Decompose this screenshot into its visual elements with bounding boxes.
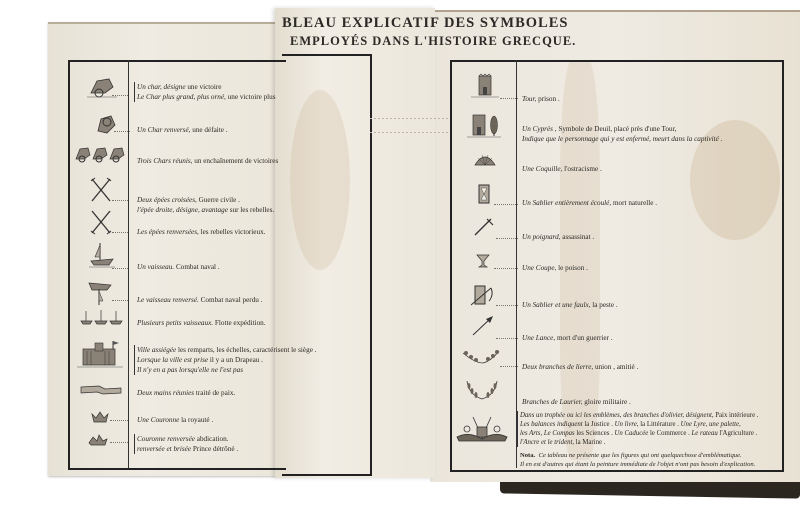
leader-dots: [494, 268, 518, 269]
tower-icon: [470, 72, 500, 100]
besieged-city-icon: [74, 338, 126, 370]
symbol-entry: Un Cyprès , Symbole de Deuil, placé près…: [522, 124, 722, 144]
nota-label: Nota.: [520, 452, 535, 459]
ship-icon: [88, 240, 116, 270]
leader-dots: [114, 131, 130, 132]
symbol-entry: Un char, désigne une victoire Le Char pl…: [137, 82, 276, 102]
overturned-chariot-icon: [94, 112, 118, 136]
three-chariots-icon: [74, 144, 128, 166]
symbol-entry: Dans un trophée ou ici les emblèmes, des…: [520, 411, 758, 447]
leader-dots: [110, 420, 128, 421]
symbol-entry: Une Lance, mort d'un guerrier .: [522, 333, 613, 343]
symbol-entry: Une Coupe, le poison .: [522, 263, 588, 273]
symbol-entry: Un Char renversé, une défaite .: [137, 125, 228, 135]
leader-dots: [500, 98, 518, 99]
hourglass-icon: [476, 183, 492, 205]
leader-dots: [110, 442, 128, 443]
nota-line-1: Ce tableau ne présente que les figures q…: [539, 452, 742, 459]
crossed-swords-icon: [88, 176, 114, 204]
symbol-entry: Deux épées croisées, Guerre civile . l'é…: [137, 195, 274, 215]
leader-dots: [112, 232, 128, 233]
symbol-entry: Un vaisseau. Combat naval .: [137, 262, 220, 272]
leader-dots: [496, 238, 518, 239]
symbol-entry: Plusieurs petits vaisseaux. Flotte expéd…: [137, 318, 266, 328]
ivy-branches-icon: [460, 346, 502, 368]
lance-icon: [470, 314, 496, 338]
show-through-line: [370, 118, 450, 119]
symbol-entry: Tour, prison .: [522, 94, 560, 104]
show-through-line: [370, 132, 450, 133]
symbol-entry: Une Coquille, l'ostracisme .: [522, 164, 602, 174]
leader-dots: [496, 305, 518, 306]
joined-hands-icon: [78, 382, 124, 398]
small-ships-icon: [78, 308, 126, 328]
cup-icon: [474, 252, 492, 270]
hourglass-scythe-icon: [468, 284, 496, 308]
tower-cypress-icon: [466, 110, 502, 140]
trophy-icon: [452, 412, 512, 446]
chariot-icon: [86, 76, 120, 100]
nota-block: Nota. Ce tableau ne présente que les fig…: [520, 452, 755, 469]
overturned-ship-icon: [86, 278, 114, 308]
reversed-swords-icon: [88, 208, 114, 236]
symbol-entry: Un poignard, assassinat .: [522, 232, 594, 242]
shell-icon: [472, 150, 498, 170]
symbol-entry: Une Couronne la royauté .: [137, 415, 213, 425]
crown-icon: [90, 410, 110, 424]
symbol-entry: Branches de Laurier, gloire militaire .: [522, 397, 631, 407]
middle-table-frame: [282, 54, 372, 476]
page-title: BLEAU EXPLICATIF DES SYMBOLES EMPLOYÉS D…: [282, 14, 582, 50]
symbol-entry: Couronne renversée abdication. renversée…: [137, 434, 238, 454]
leader-dots: [112, 200, 128, 201]
symbol-entry: Ville assiégée les remparts, les échelle…: [137, 345, 316, 375]
leader-dots: [112, 95, 128, 96]
symbol-entry: Un Sablier entièrement écoulé, mort natu…: [522, 198, 657, 208]
leader-dots: [496, 338, 518, 339]
symbol-entry: Un Sablier et une faulx, la peste .: [522, 300, 618, 310]
right-column-divider: [516, 60, 517, 468]
leader-dots: [500, 366, 518, 367]
symbol-entry: Trois Chars réunis, un enchaînement de v…: [137, 156, 278, 166]
leader-dots: [112, 300, 128, 301]
leader-dots: [112, 268, 128, 269]
symbol-entry: Deux branches de lierre, union , amitié …: [522, 362, 638, 372]
title-line-1: BLEAU EXPLICATIF DES SYMBOLES: [282, 14, 582, 32]
symbol-entry: Les épées renversées, les rebelles victo…: [137, 227, 265, 237]
broken-crown-icon: [86, 432, 110, 448]
leader-dots: [494, 204, 518, 205]
dagger-icon: [472, 214, 496, 238]
symbol-entry: Le vaisseau renversé. Combat naval perdu…: [137, 295, 263, 305]
nota-line-2: Il en est d'autres qui étant la peinture…: [520, 461, 755, 468]
laurel-icon: [462, 378, 502, 402]
symbol-entry: Deux mains réunies traité de paix.: [137, 388, 235, 398]
left-column-divider: [128, 60, 129, 468]
title-line-2: EMPLOYÉS DANS L'HISTOIRE GRECQUE.: [282, 32, 582, 50]
